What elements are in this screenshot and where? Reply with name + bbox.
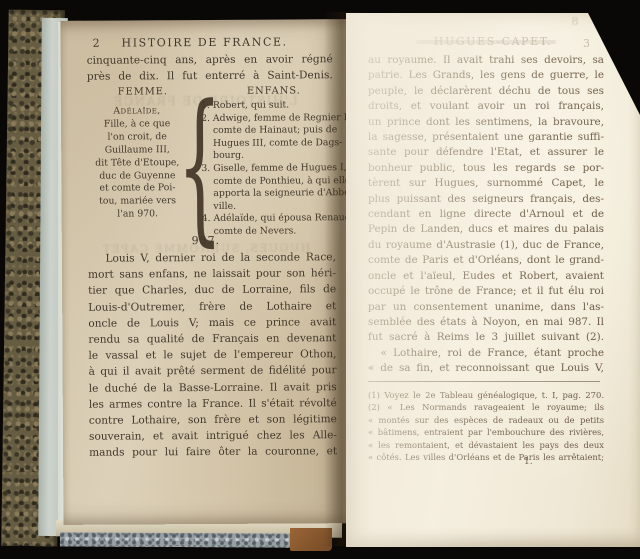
text-line: mands pour lui faire ôter la couronne, e… (89, 444, 337, 462)
text-line: cinquante-cinq ans, après en avoir régné (87, 51, 333, 69)
text-line: semblée des états à Noyon, en mai 987. I… (368, 315, 604, 330)
text-line: par un consentement unanime, dans l'as- (368, 300, 604, 315)
text-line: patrie. Les Grands, les gens de guerre, … (368, 68, 604, 83)
enfans-column: 1. Robert, qui suit.2. Adwige, femme de … (201, 99, 342, 238)
femme-column: Adélaïde,Fille, à ce quel'on croit, deGu… (83, 105, 192, 222)
right-body-text: au royaume. Il avait trahi ses devoirs, … (368, 53, 604, 377)
left-page: 2 HISTOIRE DE FRANCE. L'HISTOIRE DE FRAN… (60, 19, 351, 525)
text-line: mort sans enfans, ne laissait pour son h… (88, 265, 336, 283)
text-line: sante pour défendre l'Etat, et assurer l… (368, 145, 604, 160)
text-line: duc de Guyenne (83, 170, 191, 184)
text-line: oncle et l'aïeul, Eudes et Robert, avaie… (368, 269, 604, 284)
right-page-header: HUGUES-CAPET. 3 (346, 35, 640, 48)
footnote-rule (368, 381, 600, 382)
text-line: souverain, et avait intrigué chez les Al… (89, 427, 337, 445)
text-line: ville. (202, 200, 342, 213)
text-line: « Lothaire, roi de France, étant proche (368, 346, 604, 361)
text-line: le vassal et le sujet de l'empereur Otho… (88, 346, 336, 364)
text-line: et comte de Poi- (83, 183, 191, 197)
enfans-column-header: ENFANS. (211, 85, 337, 97)
book-photo: 2 HISTOIRE DE FRANCE. L'HISTOIRE DE FRAN… (0, 0, 640, 559)
text-line: fut sacré à Reims le 3 juillet suivant (… (368, 330, 604, 345)
text-line: bourg. (201, 150, 341, 163)
footnote-line: « les remontaient, et dévastaient les pa… (368, 439, 604, 451)
text-line: Adélaïde, (83, 105, 191, 119)
text-line: les armes contre la France. Il s'était r… (89, 395, 337, 413)
footnotes: (1) Voyez le 2e Tableau généalogique, t.… (368, 389, 604, 463)
text-line: l'an 970. (84, 208, 192, 222)
text-line: apporta la seigneurie d'Abbe- (201, 187, 341, 200)
signature-mark: 1. (524, 457, 533, 467)
footnote-line: (2) « Les Normands ravageaient le royaum… (368, 401, 604, 413)
text-line: contre Lothaire, son frère et son légiti… (89, 411, 337, 429)
footnote-line: « bâtimens, entraient par l'embouchure d… (368, 426, 604, 438)
text-line: bonheur public, tous les regards se por- (368, 161, 604, 176)
left-running-title: HISTOIRE DE FRANCE. (61, 35, 349, 50)
text-line: cendant en ligne directe d'Arnoul et de (368, 207, 604, 222)
text-line: Louis V, dernier roi de la seconde Race, (88, 249, 336, 267)
text-line: peuple, le déclarèrent déchu de tous ses (368, 84, 604, 99)
section-number: 987. (62, 233, 350, 248)
text-line: à qui il avait prêté serment de fidélité… (89, 363, 337, 381)
bleedthrough-digit-ghost: 8 (572, 15, 581, 28)
text-line: comte de Hainaut; puis de (201, 124, 341, 137)
text-line: dit Tête d'Etoupe, (83, 157, 191, 171)
footnote-line: « montés sur des espèces de radeaux ou d… (368, 414, 604, 426)
text-line: Pepin de Landen, ducs et maires du palai… (368, 222, 604, 237)
text-line: 2. Adwige, femme de Regnier IV, (201, 112, 341, 125)
left-page-number: 2 (93, 37, 100, 50)
leather-spine-corner (290, 528, 332, 551)
text-line: l'on croit, de (83, 131, 191, 145)
footnote-line: (1) Voyez le 2e Tableau généalogique, t.… (368, 389, 604, 401)
text-line: au royaume. Il avait trahi ses devoirs, … (368, 53, 604, 68)
text-line: 1. Robert, qui suit. (201, 99, 341, 112)
title-smudge (416, 40, 556, 44)
text-line: du royaume d'Austrasie (1), duc de Franc… (368, 238, 604, 253)
text-line: rendu sa qualité de Français en devenant (88, 330, 336, 348)
text-line: le duché de la Basse-Lorraine. Il avait … (89, 379, 337, 397)
text-line: Hugues III, comte de Dags- (201, 137, 341, 150)
text-line: comte de Paris et d'Orléans, dont le gra… (368, 253, 604, 268)
text-line: 3. Giselle, femme de Hugues I, (201, 162, 341, 175)
text-line: tèrent sur Hugues, surnommé Capet, le (368, 176, 604, 191)
text-line: occupé le trône de France; et il fut élu… (368, 284, 604, 299)
text-line: Louis-d'Outremer, frère de Lothaire et (88, 298, 336, 316)
text-line: tou, mariée vers (84, 195, 192, 209)
text-line: oncle de Louis V; mais ce prince avait (88, 314, 336, 332)
left-body-text: Louis V, dernier roi de la seconde Race,… (88, 249, 337, 461)
text-line: 4. Adélaïde, qui épousa Renaud I, (202, 213, 342, 226)
text-line: un prince dont les sentimens, la bravour… (368, 115, 604, 130)
right-page: HUGUES-CAPET. 3 8 au royaume. Il avait t… (346, 13, 640, 547)
text-line: plus puissant des seigneurs français, de… (368, 192, 604, 207)
text-line: tier que Charles, duc de Lorraine, fils … (88, 282, 336, 300)
text-line: Fille, à ce que (83, 118, 191, 132)
marbled-fore-edge (60, 532, 292, 547)
right-page-number: 3 (583, 37, 590, 50)
text-line: la sagesse, présentaient une garantie su… (368, 130, 604, 145)
text-line: « de sa fin, et reconnoissant que Louis … (368, 361, 604, 376)
footnote-line: « côtés. Les villes d'Orléans et de Pari… (368, 451, 604, 463)
text-line: Guillaume III, (83, 144, 191, 158)
text-line: comte de Ponthieu, à qui elle (201, 175, 341, 188)
text-line: droits, et voulant avoir un roi français… (368, 99, 604, 114)
left-page-header: 2 HISTOIRE DE FRANCE. (61, 35, 349, 50)
